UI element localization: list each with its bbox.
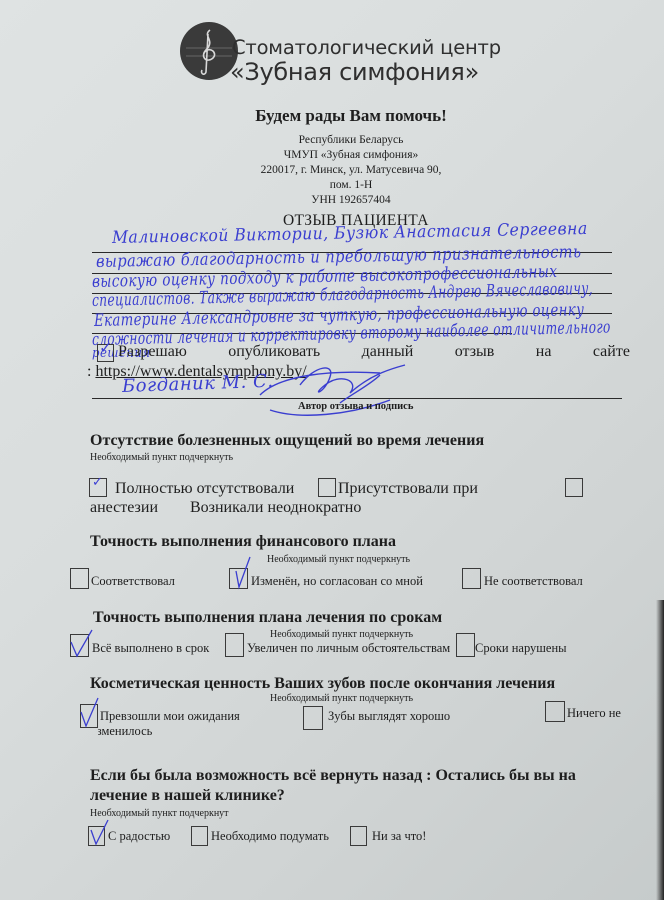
option-checkbox-no-pain[interactable]	[89, 478, 107, 497]
author-caption: Автор отзыва и подпись	[298, 401, 413, 412]
permission-word: Разрешаю	[118, 343, 187, 361]
brand-line-2: «Зубная симфония»	[230, 58, 479, 86]
section-cosmetic-hint: Необходимый пункт подчеркнуть	[270, 693, 413, 704]
option-checkbox-repeated[interactable]	[565, 478, 583, 497]
option-checkbox-gladly[interactable]	[88, 826, 105, 846]
permission-word: сайте	[593, 343, 630, 361]
section-cosmetic-title: Косметическая ценность Ваших зубов после…	[90, 675, 555, 693]
address-line: пом. 1-Н	[38, 178, 664, 193]
option-checkbox-missed[interactable]	[456, 633, 475, 657]
section-return-title-line1: Если бы была возможность всё вернуть наз…	[90, 767, 576, 785]
option-label: Увеличен по личным обстоятельствам	[247, 641, 450, 656]
option-label: Присутствовали при	[338, 480, 478, 498]
option-label: Возникали неоднократно	[190, 499, 361, 517]
option-label: Ни за что!	[372, 829, 426, 844]
option-label: С радостью	[108, 829, 170, 844]
option-label: Всё выполнено в срок	[92, 641, 209, 656]
section-finance-hint: Необходимый пункт подчеркнуть	[267, 554, 410, 565]
author-name-handwritten: Богданик М. С.	[122, 371, 274, 397]
option-label: Превзошли мои ожидания	[100, 709, 240, 724]
option-checkbox-not-matched[interactable]	[462, 568, 481, 589]
option-checkbox-exceeded[interactable]	[80, 704, 98, 728]
section-finance-title: Точность выполнения финансового плана	[90, 533, 396, 551]
section-timing-title: Точность выполнения плана лечения по сро…	[93, 609, 442, 627]
option-label: Соответствовал	[91, 574, 175, 589]
tagline: Будем рады Вам помочь!	[0, 106, 664, 126]
option-label: Полностью отсутствовали	[115, 480, 294, 498]
option-checkbox-never[interactable]	[350, 826, 367, 846]
permission-word: опубликовать	[228, 343, 320, 361]
publish-permission-text: Разрешаю опубликовать данный отзыв на са…	[118, 343, 630, 361]
permission-word: отзыв	[455, 343, 495, 361]
option-label: Необходимо подумать	[211, 829, 329, 844]
option-checkbox-anesthesia[interactable]	[318, 478, 336, 497]
option-checkbox-changed-agreed[interactable]	[229, 568, 248, 589]
option-label: Изменён, но согласован со мной	[251, 574, 423, 589]
option-checkbox-need-to-think[interactable]	[191, 826, 208, 846]
permission-word: на	[536, 343, 552, 361]
option-label: Сроки нарушены	[475, 641, 567, 656]
signature-line	[92, 398, 622, 399]
section-return-hint: Необходимый пункт подчеркнут	[90, 808, 229, 819]
section-pain-title: Отсутствие болезненных ощущений во время…	[90, 432, 484, 450]
option-label: Ничего не	[567, 706, 621, 721]
option-label: Не соответствовал	[484, 574, 583, 589]
permission-word: данный	[362, 343, 414, 361]
section-timing-hint: Необходимый пункт подчеркнуть	[270, 629, 413, 640]
address-line: 220017, г. Минск, ул. Матусевича 90,	[38, 163, 664, 178]
option-checkbox-extended[interactable]	[225, 633, 244, 657]
option-label: Зубы выглядят хорошо	[328, 709, 450, 724]
option-checkbox-on-time[interactable]	[70, 634, 89, 657]
clinic-address: Республики Беларусь ЧМУП «Зубная симфони…	[0, 133, 664, 208]
address-line: ЧМУП «Зубная симфония»	[38, 148, 664, 163]
section-pain-hint: Необходимый пункт подчеркнуть	[90, 452, 233, 463]
brand-line-1: Стоматологический центр	[232, 36, 501, 59]
option-label-continued: изменилось	[90, 724, 152, 739]
address-line: Республики Беларусь	[38, 133, 664, 148]
option-checkbox-nothing-changed[interactable]	[545, 701, 565, 722]
option-checkbox-matched[interactable]	[70, 568, 89, 589]
option-checkbox-look-good[interactable]	[303, 706, 323, 730]
section-return-title-line2: лечение в нашей клинике?	[90, 787, 285, 805]
paper-edge-shadow	[656, 600, 664, 900]
site-prefix: :	[87, 363, 91, 380]
option-label-continued: анестезии	[90, 499, 158, 517]
address-line: УНН 192657404	[38, 193, 664, 208]
publish-permission-checkbox[interactable]	[97, 344, 114, 362]
